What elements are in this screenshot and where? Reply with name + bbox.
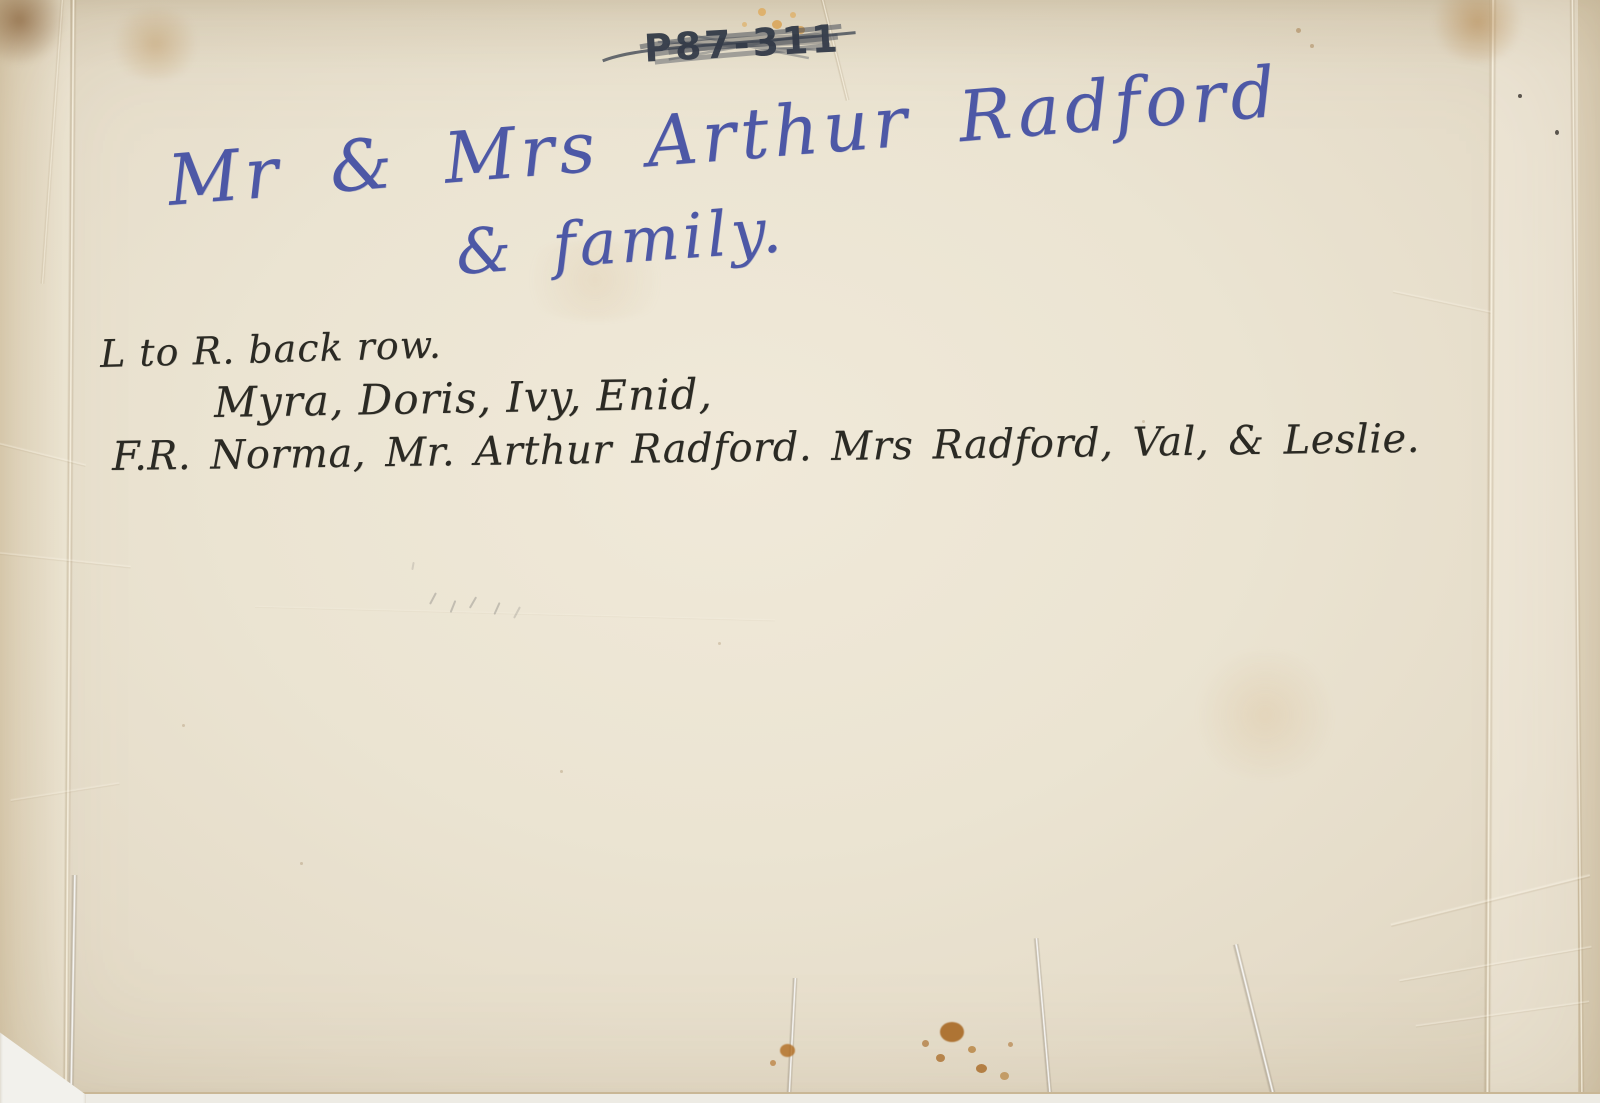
paper-surface (0, 0, 1600, 1103)
right-fold-strip (1490, 0, 1578, 1103)
scanner-background-bottom-strip (0, 1092, 1600, 1103)
far-right-edge-strip (1578, 0, 1600, 1103)
scanned-photo-back: P87-311 Mr & Mrs Arthur Radford & family… (0, 0, 1600, 1103)
left-fold-strip (0, 0, 70, 1103)
